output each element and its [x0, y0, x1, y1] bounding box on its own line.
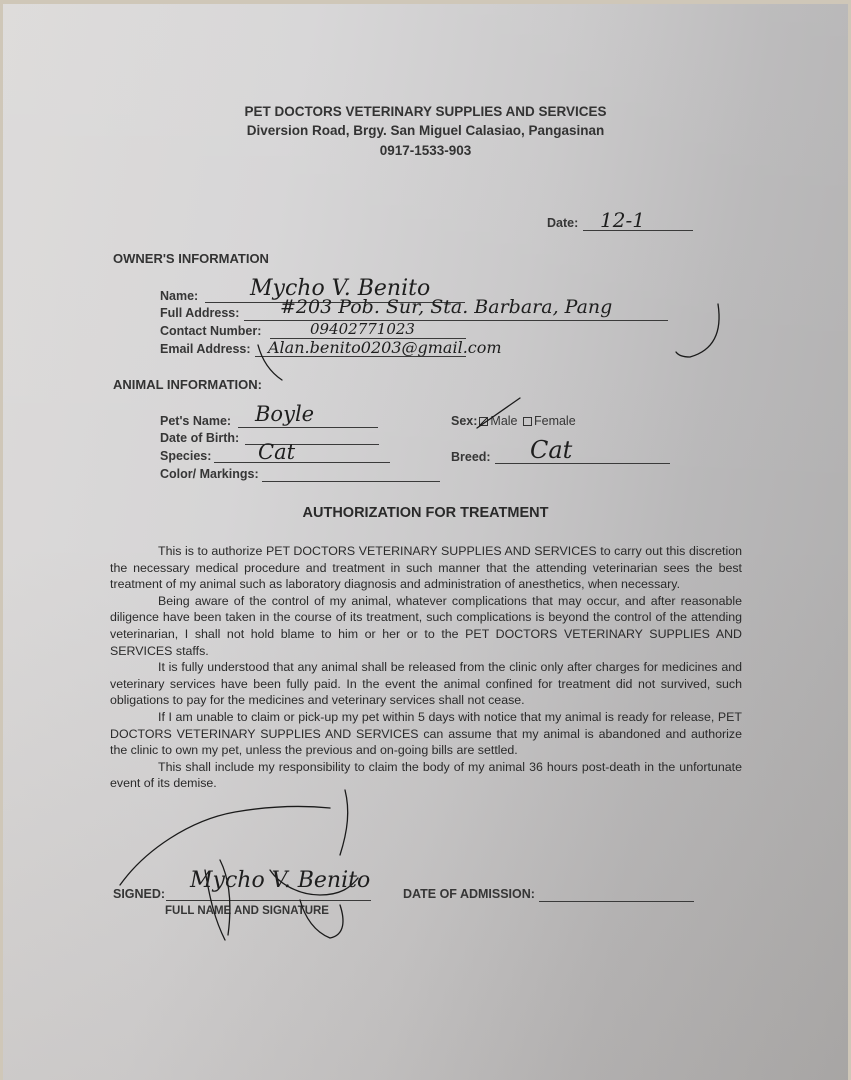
- species-value[interactable]: Cat: [258, 440, 295, 464]
- breed-value[interactable]: Cat: [530, 436, 572, 464]
- color-line: [262, 481, 440, 482]
- admission-date-label: DATE OF ADMISSION:: [403, 887, 535, 901]
- pet-name-value[interactable]: Boyle: [255, 402, 314, 426]
- authorization-paragraph: It is fully understood that any animal s…: [110, 659, 742, 709]
- female-option-label: Female: [534, 414, 576, 428]
- owner-section-title: OWNER'S INFORMATION: [113, 251, 269, 266]
- authorization-paragraph: This is to authorize PET DOCTORS VETERIN…: [110, 543, 742, 593]
- authorization-paragraph: If I am unable to claim or pick-up my pe…: [110, 709, 742, 759]
- owner-contact-label: Contact Number:: [160, 324, 261, 338]
- admission-date-line: [539, 901, 694, 902]
- sex-label: Sex:: [451, 414, 477, 428]
- color-label: Color/ Markings:: [160, 467, 259, 481]
- sex-group: Sex:Male Female: [451, 414, 576, 428]
- species-line: [214, 462, 390, 463]
- business-phone: 0917-1533-903: [0, 143, 851, 158]
- species-label: Species:: [160, 449, 211, 463]
- owner-name-label: Name:: [160, 289, 198, 303]
- authorization-paragraph: This shall include my responsibility to …: [110, 759, 742, 792]
- owner-email-value[interactable]: Alan.benito0203@gmail.com: [268, 338, 502, 357]
- animal-section-title: ANIMAL INFORMATION:: [113, 377, 262, 392]
- signature-line: [166, 900, 371, 901]
- signed-label: SIGNED:: [113, 887, 165, 901]
- pet-name-line: [238, 427, 378, 428]
- dob-label: Date of Birth:: [160, 431, 239, 445]
- owner-contact-value[interactable]: 09402771023: [310, 320, 415, 338]
- authorization-body: This is to authorize PET DOCTORS VETERIN…: [110, 543, 742, 792]
- date-label: Date:: [547, 216, 578, 230]
- owner-address-label: Full Address:: [160, 306, 239, 320]
- signature-caption: FULL NAME AND SIGNATURE: [165, 905, 329, 917]
- male-option-label: Male: [490, 414, 517, 428]
- signature-value[interactable]: Mycho V. Benito: [190, 868, 370, 893]
- authorization-title: AUTHORIZATION FOR TREATMENT: [0, 505, 851, 521]
- male-checkbox[interactable]: [479, 417, 488, 426]
- owner-address-line: [244, 320, 668, 321]
- pet-name-label: Pet's Name:: [160, 414, 231, 428]
- business-address: Diversion Road, Brgy. San Miguel Calasia…: [0, 123, 851, 138]
- form-paper: [3, 4, 848, 1080]
- breed-label: Breed:: [451, 450, 491, 464]
- business-name: PET DOCTORS VETERINARY SUPPLIES AND SERV…: [0, 104, 851, 119]
- female-checkbox[interactable]: [523, 417, 532, 426]
- date-value[interactable]: 12-1: [600, 208, 645, 232]
- owner-email-label: Email Address:: [160, 342, 251, 356]
- breed-line: [495, 463, 670, 464]
- owner-address-value[interactable]: #203 Pob. Sur, Sta. Barbara, Pang: [280, 296, 612, 318]
- authorization-paragraph: Being aware of the control of my animal,…: [110, 593, 742, 659]
